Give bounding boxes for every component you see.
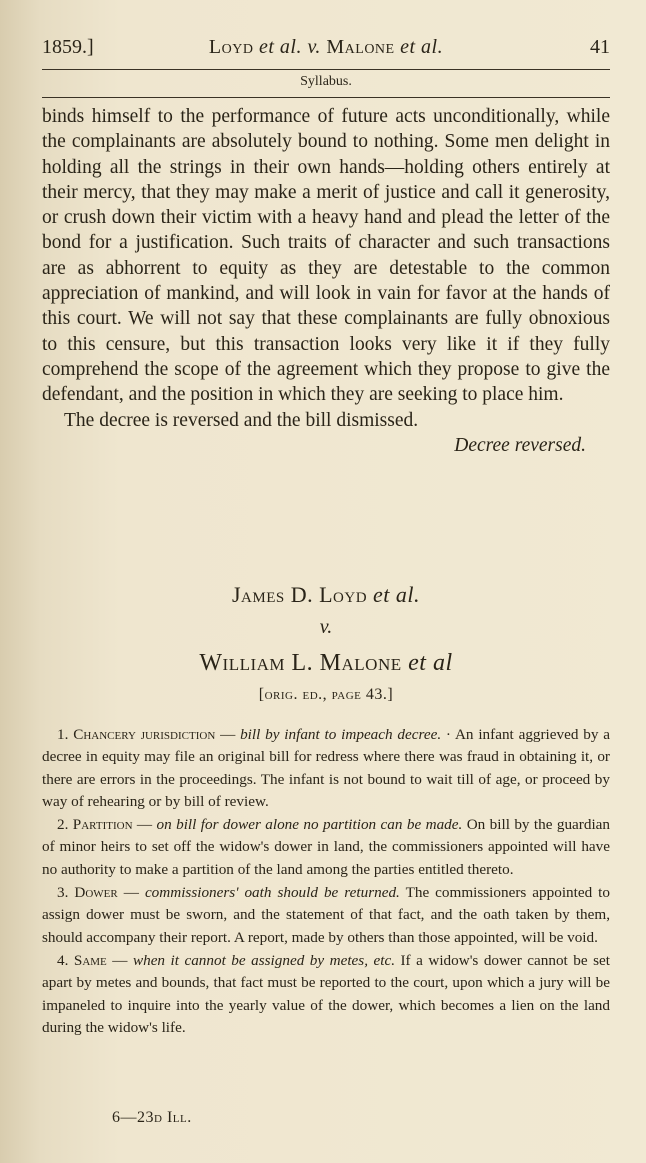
- caption-party1: James D. Loyd et al.: [42, 580, 610, 610]
- syllabus-subtopic: bill by infant to impeach decree.: [240, 726, 441, 743]
- syllabus: 1. Chancery jurisdiction — bill by infan…: [42, 724, 610, 1039]
- syllabus-number: 2.: [57, 816, 68, 833]
- caption-party2-etal: et al: [408, 650, 453, 676]
- caption-party1-name: James D. Loyd: [232, 582, 367, 607]
- syllabus-subtopic: when it cannot be assigned by metes, etc…: [133, 952, 395, 969]
- running-head-title: Loyd et al. v. Malone et al.: [42, 36, 610, 59]
- opinion-text: binds himself to the performance of futu…: [42, 104, 610, 458]
- syllabus-subtopic: commissioners' oath should be returned.: [145, 884, 400, 901]
- caption-party2: William L. Malone et al: [42, 646, 610, 680]
- running-head-party2: Malone: [326, 36, 394, 58]
- caption-party1-etal: et al.: [373, 582, 420, 607]
- running-head-versus: v.: [307, 36, 320, 58]
- caption-versus: v.: [42, 612, 610, 642]
- syllabus-number: 1.: [57, 726, 68, 743]
- syllabus-topic: Same: [74, 952, 107, 969]
- running-head-etal1: et al.: [259, 36, 302, 58]
- syllabus-subtopic: on bill for dower alone no partition can…: [157, 816, 463, 833]
- syllabus-topic: Chancery jurisdiction: [73, 726, 215, 743]
- syllabus-dash: —: [107, 952, 133, 969]
- syllabus-dash: —: [133, 816, 157, 833]
- syllabus-topic: Dower: [74, 884, 117, 901]
- header-rule-top: [42, 69, 610, 70]
- case-caption: James D. Loyd et al. v. William L. Malon…: [42, 580, 610, 708]
- syllabus-number: 3.: [57, 884, 68, 901]
- running-head-party1: Loyd: [209, 36, 254, 58]
- signature-mark: 6—23d Ill.: [112, 1109, 192, 1127]
- syllabus-number: 4.: [57, 952, 68, 969]
- running-head: 1859.] Loyd et al. v. Malone et al. 41: [42, 36, 610, 60]
- section-label: Syllabus.: [42, 74, 610, 90]
- syllabus-item: 4. Same — when it cannot be assigned by …: [42, 950, 610, 1039]
- conclusion-paragraph: The decree is reversed and the bill dism…: [42, 408, 610, 433]
- judgment-line: Decree reversed.: [42, 433, 610, 458]
- syllabus-dash: —: [118, 884, 145, 901]
- opinion-paragraph: binds himself to the performance of futu…: [42, 104, 610, 408]
- syllabus-item: 1. Chancery jurisdiction — bill by infan…: [42, 724, 610, 813]
- syllabus-item: 2. Partition — on bill for dower alone n…: [42, 814, 610, 881]
- caption-party2-name: William L. Malone: [199, 650, 401, 676]
- syllabus-dash: —: [215, 726, 240, 743]
- page-number: 41: [590, 36, 610, 59]
- original-edition-citation: [orig. ed., page 43.]: [42, 682, 610, 708]
- syllabus-topic: Partition: [73, 816, 133, 833]
- running-head-etal2: et al.: [400, 36, 443, 58]
- syllabus-item: 3. Dower — commissioners' oath should be…: [42, 882, 610, 949]
- header-rule-bottom: [42, 97, 610, 98]
